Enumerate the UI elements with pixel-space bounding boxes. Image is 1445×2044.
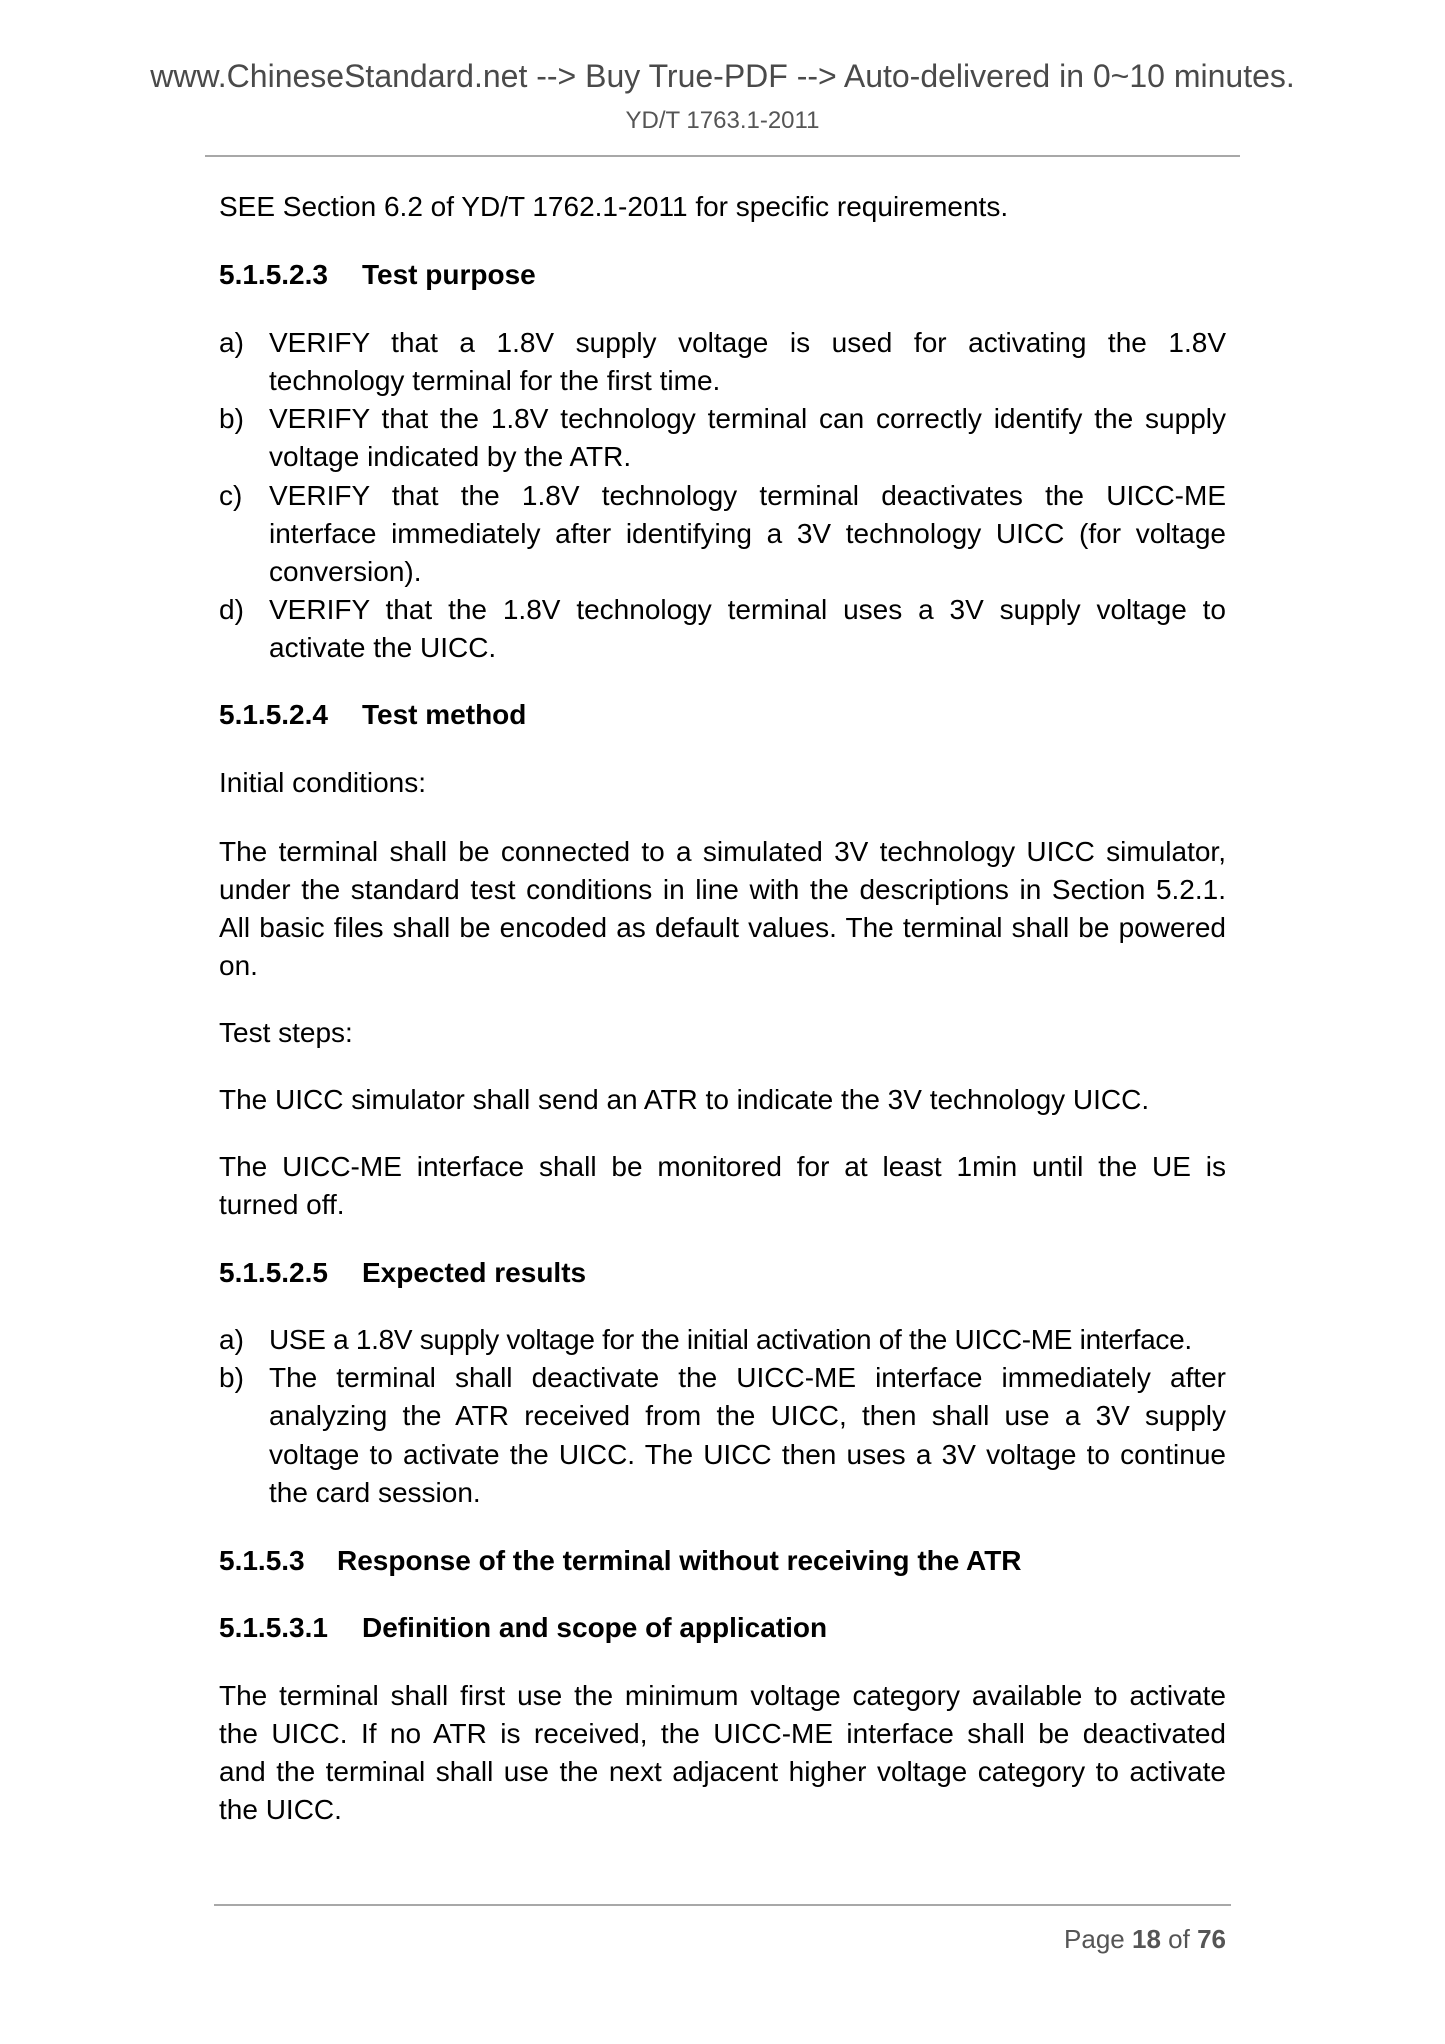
page-total: 76: [1197, 1924, 1226, 1954]
heading-title: Test method: [362, 699, 526, 730]
list-item-line: analyzing the ATR received from the UICC…: [269, 1399, 1226, 1433]
list-item-line: VERIFY that the 1.8V technology terminal…: [269, 402, 1226, 436]
list-marker: a): [219, 326, 244, 360]
paragraph-line: the UICC. If no ATR is received, the UIC…: [219, 1717, 1226, 1751]
paragraph-line: The terminal shall first use the minimum…: [219, 1679, 1226, 1713]
test-steps-label: Test steps:: [219, 1016, 1226, 1050]
test-step: The UICC-ME interface shall be monitored…: [219, 1150, 1226, 1184]
list-item-line: technology terminal for the first time.: [269, 364, 1226, 398]
of-label: of: [1168, 1924, 1190, 1954]
test-step: turned off.: [219, 1188, 1226, 1222]
list-item-line: activate the UICC.: [269, 631, 1226, 665]
paragraph-line: All basic files shall be encoded as defa…: [219, 911, 1226, 945]
list-item-line: interface immediately after identifying …: [269, 517, 1226, 551]
heading-title: Test purpose: [362, 259, 536, 290]
page-label: Page: [1064, 1924, 1125, 1954]
document-id: YD/T 1763.1-2011: [0, 106, 1445, 136]
heading-definition-scope: 5.1.5.3.1Definition and scope of applica…: [219, 1611, 1226, 1645]
list-item-line: USE a 1.8V supply voltage for the initia…: [269, 1323, 1249, 1357]
heading-number: 5.1.5.3: [219, 1544, 337, 1578]
paragraph-line: on.: [219, 949, 1226, 983]
heading-title: Expected results: [362, 1257, 586, 1288]
heading-number: 5.1.5.2.4: [219, 698, 362, 732]
heading-number: 5.1.5.3.1: [219, 1611, 362, 1645]
paragraph-line: and the terminal shall use the next adja…: [219, 1755, 1226, 1789]
intro-text: SEE Section 6.2 of YD/T 1762.1-2011 for …: [219, 190, 1226, 224]
list-item-line: The terminal shall deactivate the UICC-M…: [269, 1361, 1226, 1395]
list-marker: b): [219, 1361, 244, 1395]
list-marker: a): [219, 1323, 244, 1357]
paragraph-line: The terminal shall be connected to a sim…: [219, 835, 1226, 869]
list-item-line: the card session.: [269, 1476, 1226, 1510]
paragraph-line: under the standard test conditions in li…: [219, 873, 1226, 907]
heading-number: 5.1.5.2.3: [219, 258, 362, 292]
heading-expected-results: 5.1.5.2.5Expected results: [219, 1256, 1226, 1290]
list-item-line: conversion).: [269, 555, 1226, 589]
list-item-line: voltage indicated by the ATR.: [269, 440, 1226, 474]
page-number: Page 18 of 76: [0, 1922, 1226, 1956]
heading-title: Response of the terminal without receivi…: [337, 1545, 1022, 1576]
heading-response-without-atr: 5.1.5.3Response of the terminal without …: [219, 1544, 1226, 1578]
page-current: 18: [1132, 1924, 1161, 1954]
footer-divider: [214, 1904, 1231, 1906]
test-step: The UICC simulator shall send an ATR to …: [219, 1083, 1226, 1117]
paragraph-line: the UICC.: [219, 1793, 1226, 1827]
list-item-line: VERIFY that the 1.8V technology terminal…: [269, 593, 1226, 627]
heading-title: Definition and scope of application: [362, 1612, 827, 1643]
heading-number: 5.1.5.2.5: [219, 1256, 362, 1290]
list-marker: b): [219, 402, 244, 436]
header-divider: [205, 155, 1240, 157]
header-banner: www.ChineseStandard.net --> Buy True-PDF…: [0, 56, 1445, 96]
heading-test-method: 5.1.5.2.4Test method: [219, 698, 1226, 732]
list-item-line: VERIFY that the 1.8V technology terminal…: [269, 479, 1226, 513]
initial-conditions-label: Initial conditions:: [219, 766, 1226, 800]
heading-test-purpose: 5.1.5.2.3Test purpose: [219, 258, 1226, 292]
list-marker: c): [219, 479, 242, 513]
list-marker: d): [219, 593, 244, 627]
list-item-line: voltage to activate the UICC. The UICC t…: [269, 1438, 1226, 1472]
list-item-line: VERIFY that a 1.8V supply voltage is use…: [269, 326, 1226, 360]
